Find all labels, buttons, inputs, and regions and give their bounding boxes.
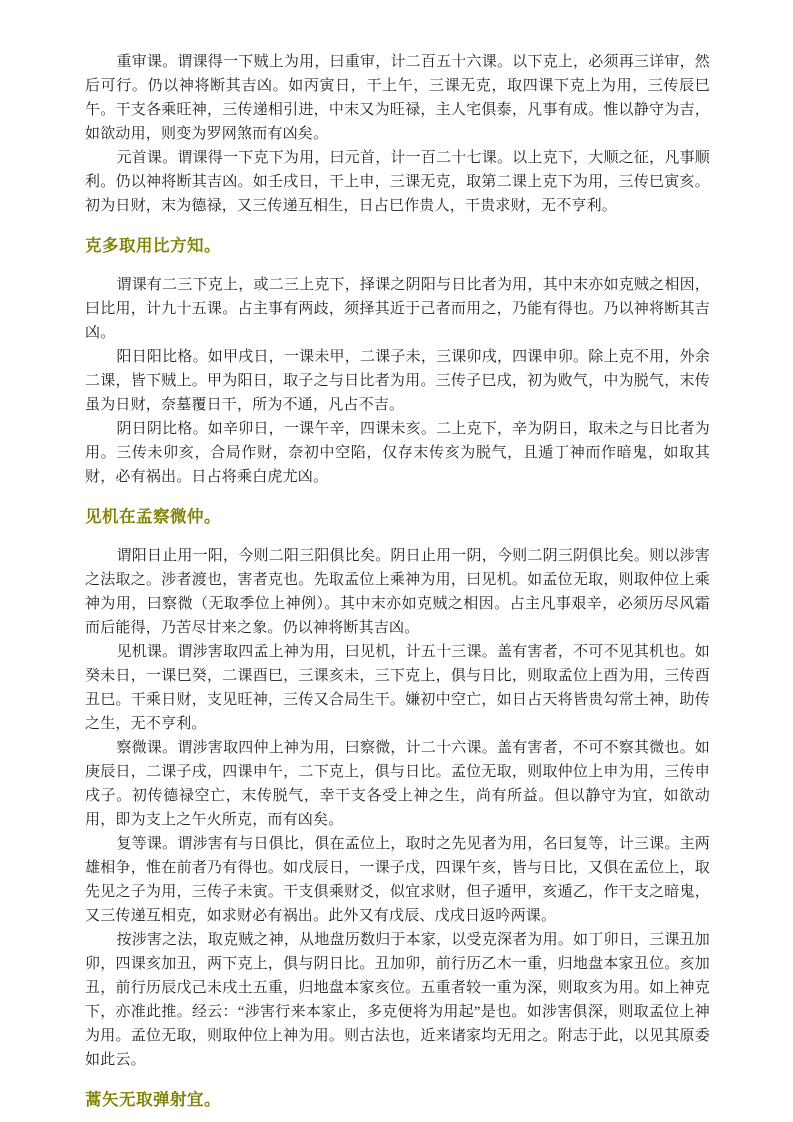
- paragraph: 复等课。谓涉害有与日俱比，俱在孟位上，取时之先见者为用，名曰复等，计三课。主两雄…: [85, 832, 710, 928]
- paragraph: 阳日阳比格。如甲戌日，一课未甲，二课子未，三课卯戌，四课申卯。除上克不用，外余二…: [85, 345, 710, 417]
- document-body: 重审课。谓课得一下贼上为用，曰重审，计二百五十六课。以下克上，必须再三详审，然后…: [85, 50, 710, 1112]
- document-page: 重审课。谓课得一下贼上为用，曰重审，计二百五十六课。以下克上，必须再三详审，然后…: [0, 0, 793, 1122]
- paragraph: 阴日阴比格。如辛卯日，一课午辛，四课未亥。二上克下，辛为阴日，取未之与日比者为用…: [85, 417, 710, 489]
- paragraph: 见机课。谓涉害取四孟上神为用，曰见机，计五十三课。盖有害者，不可不见其机也。如癸…: [85, 640, 710, 736]
- section-heading: 克多取用比方知。: [85, 234, 710, 258]
- section-heading: 见机在孟察微仲。: [85, 505, 710, 529]
- paragraph: 察微课。谓涉害取四仲上神为用，曰察微，计二十六课。盖有害者，不可不察其微也。如庚…: [85, 736, 710, 832]
- paragraph: 谓课有二三下克上，或二三上克下，择课之阴阳与日比者为用，其中末亦如克贼之相因，曰…: [85, 273, 710, 345]
- paragraph: 按涉害之法，取克贼之神，从地盘历数归于本家，以受克深者为用。如丁卯日，三课丑加卯…: [85, 928, 710, 1072]
- paragraph: 元首课。谓课得一下克下为用，曰元首，计一百二十七课。以上克下，大顺之征，凡事顺利…: [85, 146, 710, 218]
- paragraph: 谓阳日止用一阳，今则二阳三阳俱比矣。阴日止用一阴，今则二阴三阴俱比矣。则以涉害之…: [85, 544, 710, 640]
- paragraph: 重审课。谓课得一下贼上为用，曰重审，计二百五十六课。以下克上，必须再三详审，然后…: [85, 50, 710, 146]
- section-heading: 蒿矢无取弹射宜。: [85, 1088, 710, 1112]
